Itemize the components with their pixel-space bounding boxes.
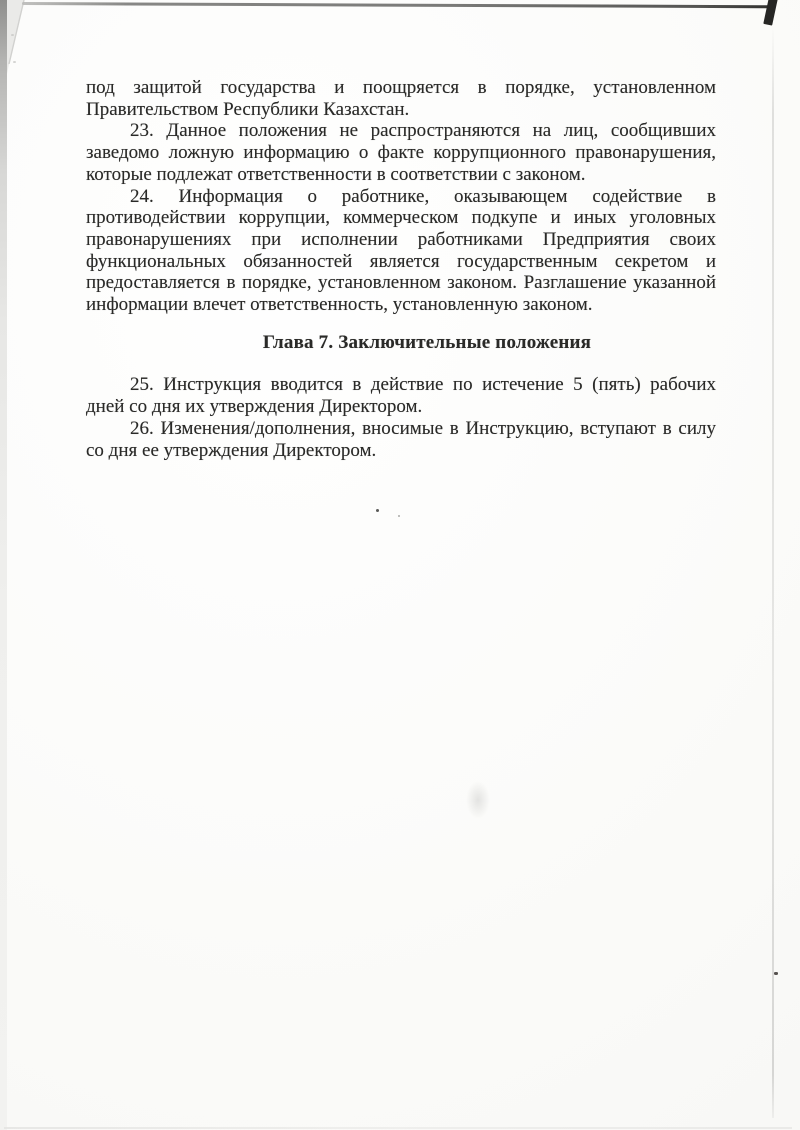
scanned-document-page: под защитой государства и поощряется в п… bbox=[0, 0, 800, 1130]
text-line: 23. Данное положения не распространяются… bbox=[86, 120, 716, 142]
text-line: которые подлежат ответственности в соотв… bbox=[86, 164, 716, 186]
paragraph-23: 23. Данное положения не распространяются… bbox=[86, 120, 716, 185]
text-line: 25. Инструкция вводится в действие по ис… bbox=[86, 374, 716, 396]
paper-right-edge-line bbox=[772, 26, 774, 1118]
text-line: 26. Изменения/дополнения, вносимые в Инс… bbox=[86, 418, 716, 440]
text-line: предоставляется в порядке, установленном… bbox=[86, 272, 716, 294]
top-left-corner-fold bbox=[0, 0, 46, 92]
text-line: заведомо ложную информацию о факте корру… bbox=[86, 142, 716, 164]
paper-left-edge-shadow bbox=[0, 0, 7, 1130]
chapter-heading: Глава 7. Заключительные положения bbox=[86, 332, 716, 354]
text-line: 24. Информация о работнике, оказывающем … bbox=[86, 186, 716, 208]
text-line: под защитой государства и поощряется в п… bbox=[86, 77, 716, 99]
text-line: противодействии коррупции, коммерческом … bbox=[86, 207, 716, 229]
corner-fold-shape bbox=[0, 0, 46, 92]
scan-smudge bbox=[466, 781, 490, 819]
scan-speck bbox=[774, 972, 778, 975]
paragraph-25: 25. Инструкция вводится в действие по ис… bbox=[86, 374, 716, 417]
text-line: функциональных обязанностей является гос… bbox=[86, 251, 716, 273]
text-line: правонарушениях при исполнении работника… bbox=[86, 229, 716, 251]
text-line: информации влечет ответственность, устан… bbox=[86, 294, 716, 316]
paragraph-continuation: под защитой государства и поощряется в п… bbox=[86, 77, 716, 120]
paragraph-24: 24. Информация о работнике, оказывающем … bbox=[86, 186, 716, 316]
text-line: дней со дня их утверждения Директором. bbox=[86, 396, 716, 418]
top-right-corner-mark bbox=[763, 0, 777, 26]
paper-bottom-edge-line bbox=[4, 1127, 792, 1129]
scan-speck bbox=[13, 61, 16, 63]
text-line: Правительством Республики Казахстан. bbox=[86, 99, 716, 121]
scan-speck bbox=[11, 34, 14, 36]
scan-speck bbox=[376, 509, 379, 512]
text-line: со дня ее утверждения Директором. bbox=[86, 440, 716, 462]
document-text-block: под защитой государства и поощряется в п… bbox=[86, 77, 716, 461]
paragraph-26: 26. Изменения/дополнения, вносимые в Инс… bbox=[86, 418, 716, 461]
paper-top-edge-line bbox=[22, 2, 774, 8]
scan-speck bbox=[398, 515, 400, 517]
